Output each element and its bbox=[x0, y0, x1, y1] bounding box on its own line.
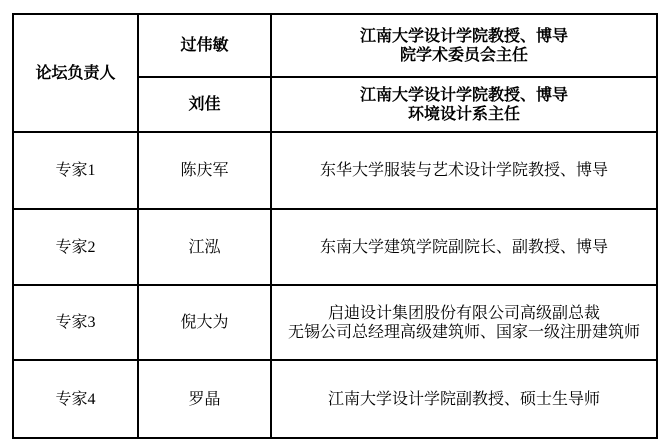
leader-row-1: 论坛负责人 过伟敏 江南大学设计学院教授、博导 院学术委员会主任 bbox=[13, 14, 657, 77]
leader-name: 过伟敏 bbox=[141, 36, 268, 55]
expert-title-cell: 东华大学服装与艺术设计学院教授、博导 bbox=[271, 132, 657, 209]
expert-title-line: 启迪设计集团股份有限公司高级副总裁 bbox=[274, 304, 654, 323]
speaker-table: 论坛负责人 过伟敏 江南大学设计学院教授、博导 院学术委员会主任 刘佳 江南大学… bbox=[12, 13, 658, 439]
expert-name-cell: 陈庆军 bbox=[138, 132, 271, 209]
leader-name: 刘佳 bbox=[141, 95, 268, 114]
leader-title-line: 院学术委员会主任 bbox=[274, 46, 654, 65]
expert-label-cell: 专家3 bbox=[13, 285, 138, 360]
expert-title-cell: 江南大学设计学院副教授、硕士生导师 bbox=[271, 360, 657, 438]
expert-row: 专家2 江泓 东南大学建筑学院副院长、副教授、博导 bbox=[13, 209, 657, 285]
expert-name-cell: 罗晶 bbox=[138, 360, 271, 438]
expert-label: 专家2 bbox=[16, 238, 135, 257]
role-label: 论坛负责人 bbox=[16, 64, 135, 83]
leader-title-line: 环境设计系主任 bbox=[274, 105, 654, 124]
leader-name-cell: 过伟敏 bbox=[138, 14, 271, 77]
expert-title-line: 东南大学建筑学院副院长、副教授、博导 bbox=[274, 238, 654, 257]
expert-title-cell: 东南大学建筑学院副院长、副教授、博导 bbox=[271, 209, 657, 285]
leader-title-cell: 江南大学设计学院教授、博导 院学术委员会主任 bbox=[271, 14, 657, 77]
expert-label-cell: 专家2 bbox=[13, 209, 138, 285]
expert-label-cell: 专家4 bbox=[13, 360, 138, 438]
expert-row: 专家3 倪大为 启迪设计集团股份有限公司高级副总裁 无锡公司总经理高级建筑师、国… bbox=[13, 285, 657, 360]
expert-row: 专家1 陈庆军 东华大学服装与艺术设计学院教授、博导 bbox=[13, 132, 657, 209]
expert-row: 专家4 罗晶 江南大学设计学院副教授、硕士生导师 bbox=[13, 360, 657, 438]
page: 论坛负责人 过伟敏 江南大学设计学院教授、博导 院学术委员会主任 刘佳 江南大学… bbox=[0, 0, 668, 448]
expert-label: 专家3 bbox=[16, 313, 135, 332]
expert-name: 罗晶 bbox=[141, 390, 268, 409]
expert-label: 专家1 bbox=[16, 161, 135, 180]
expert-title-line: 江南大学设计学院副教授、硕士生导师 bbox=[274, 390, 654, 409]
expert-name: 倪大为 bbox=[141, 313, 268, 332]
leader-name-cell: 刘佳 bbox=[138, 77, 271, 132]
leader-title-cell: 江南大学设计学院教授、博导 环境设计系主任 bbox=[271, 77, 657, 132]
expert-name-cell: 倪大为 bbox=[138, 285, 271, 360]
expert-title-cell: 启迪设计集团股份有限公司高级副总裁 无锡公司总经理高级建筑师、国家一级注册建筑师 bbox=[271, 285, 657, 360]
expert-name: 江泓 bbox=[141, 238, 268, 257]
expert-label: 专家4 bbox=[16, 390, 135, 409]
expert-title-line: 无锡公司总经理高级建筑师、国家一级注册建筑师 bbox=[274, 323, 654, 342]
expert-title-line: 东华大学服装与艺术设计学院教授、博导 bbox=[274, 161, 654, 180]
expert-label-cell: 专家1 bbox=[13, 132, 138, 209]
expert-name-cell: 江泓 bbox=[138, 209, 271, 285]
leader-title-line: 江南大学设计学院教授、博导 bbox=[274, 27, 654, 46]
role-cell: 论坛负责人 bbox=[13, 14, 138, 132]
expert-name: 陈庆军 bbox=[141, 161, 268, 180]
leader-title-line: 江南大学设计学院教授、博导 bbox=[274, 86, 654, 105]
